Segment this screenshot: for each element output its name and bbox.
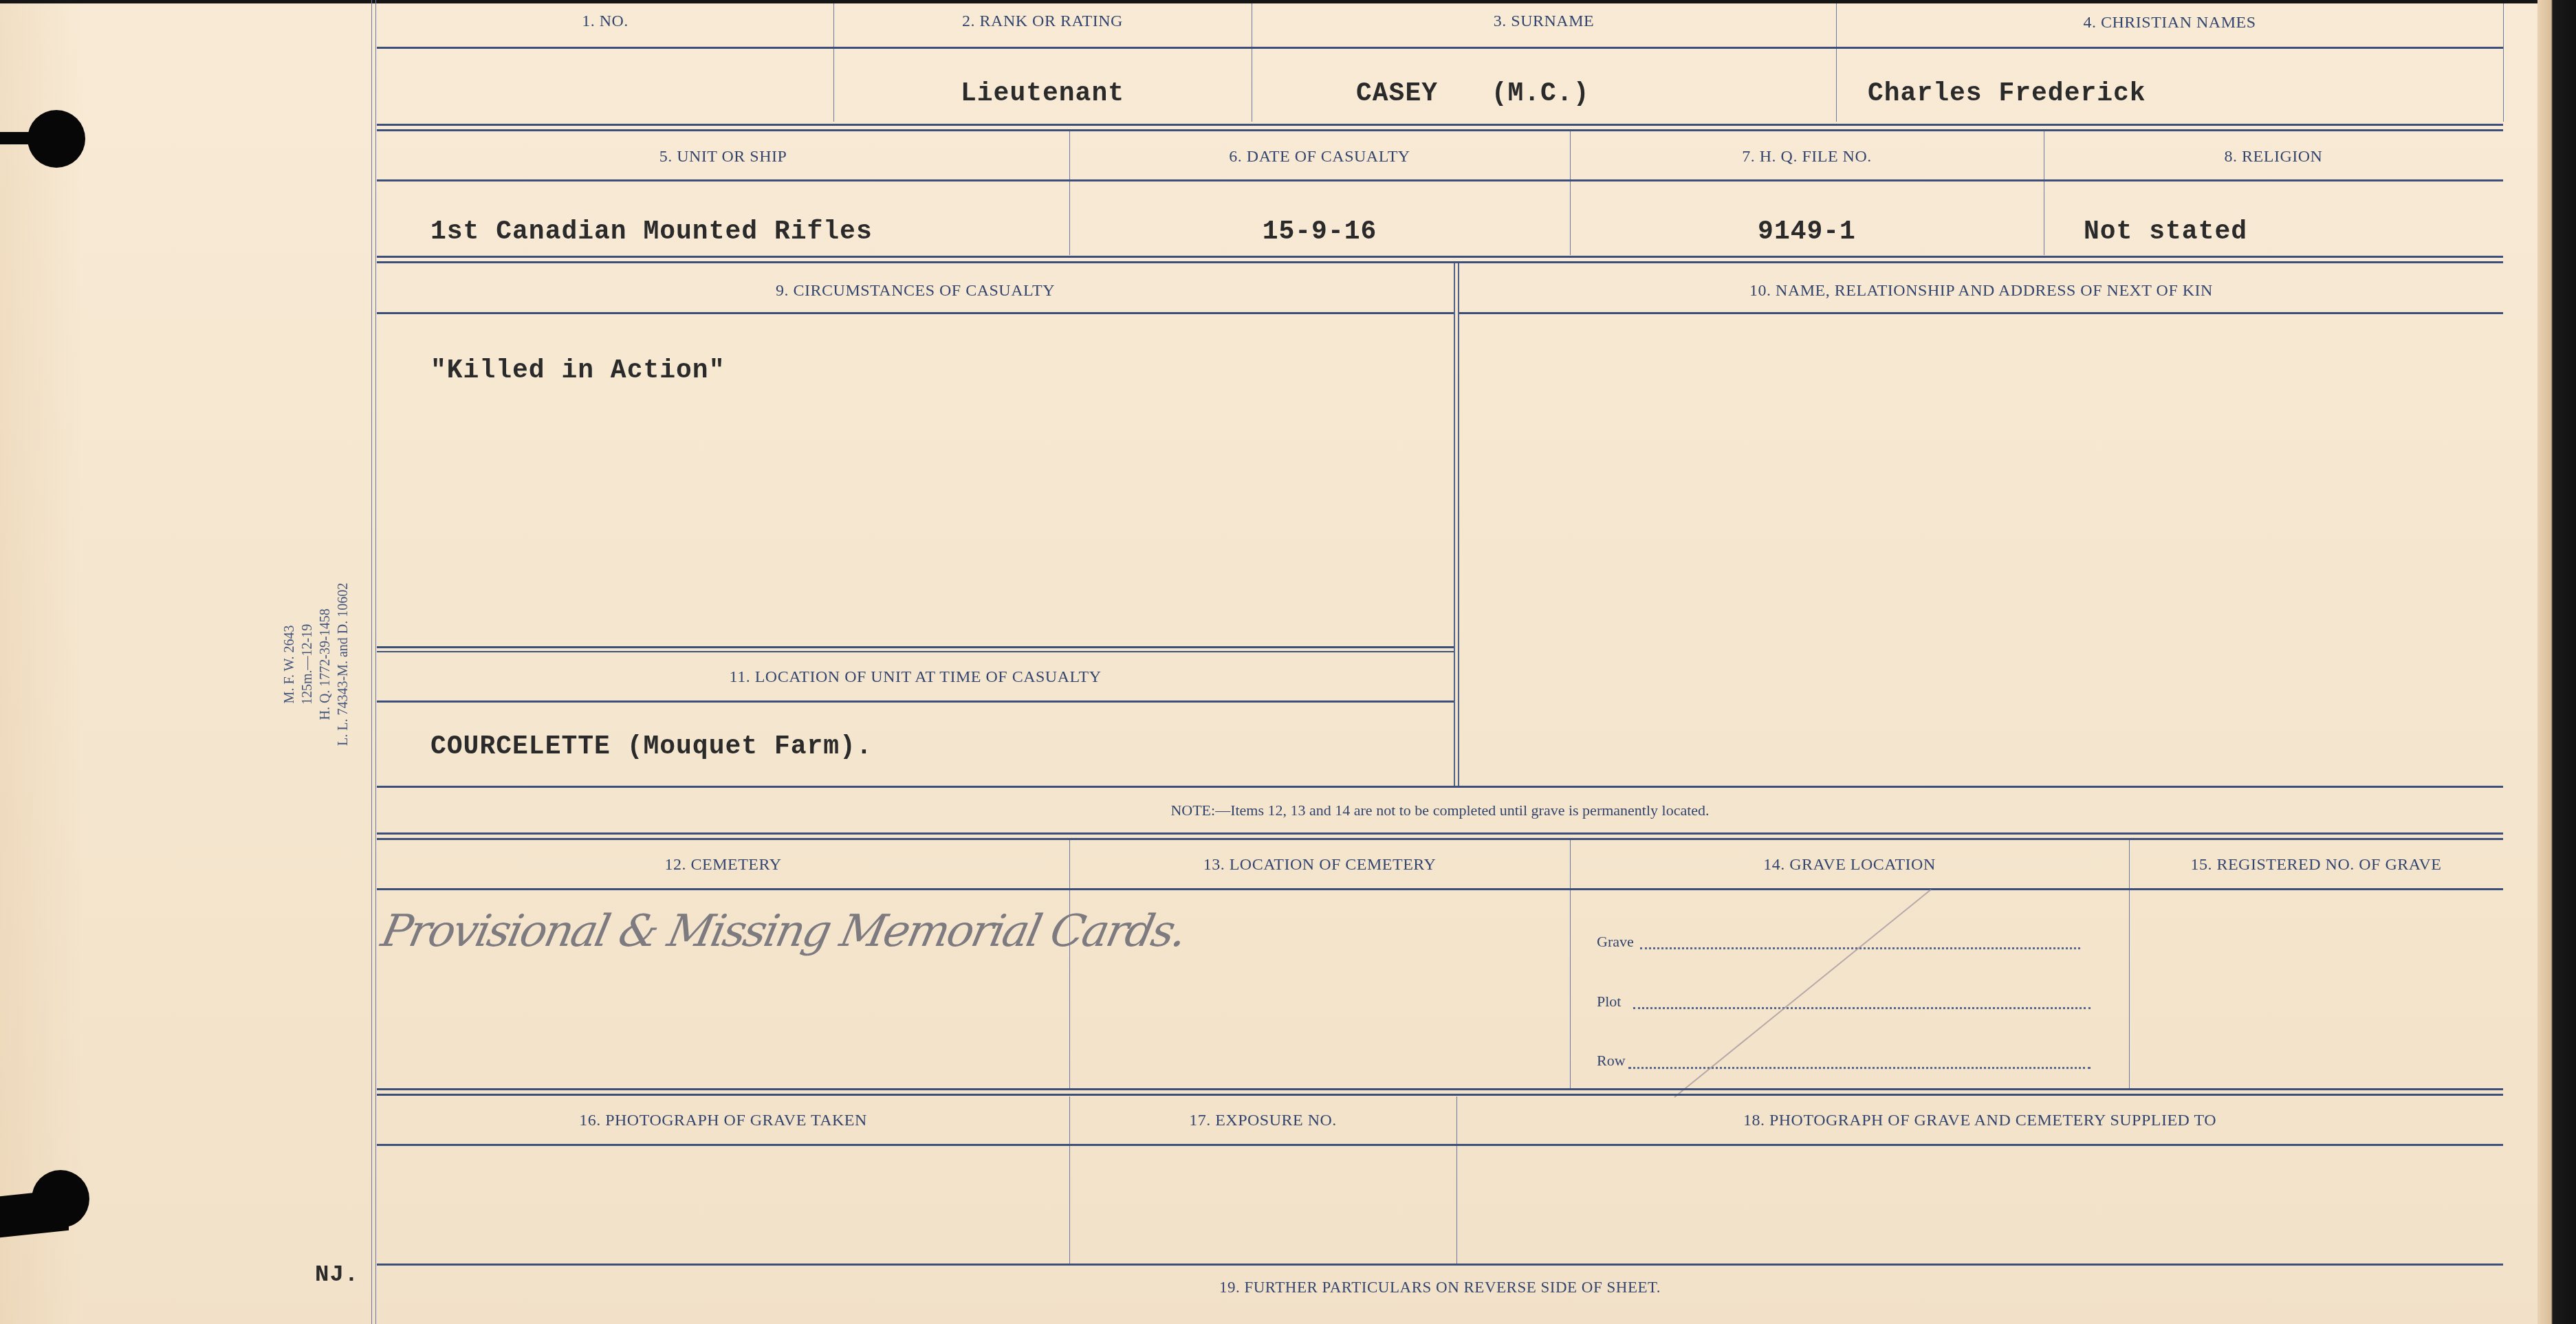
scan-right-edge [2537,0,2576,1324]
rule-r1-header [377,47,2503,49]
rule-r4-header [377,888,2503,890]
rule-r1-bottom-b [377,129,2503,131]
value-hq-file: 9149-1 [1570,217,2044,247]
label-photo-supplied-to: 18. PHOTOGRAPH OF GRAVE AND CEMETERY SUP… [1456,1112,2503,1130]
label-rank: 2. RANK OR RATING [833,12,1252,31]
divider-r3-a [1454,263,1455,786]
value-religion: Not stated [2084,217,2247,247]
divider-r4-3 [2129,840,2130,1089]
footer-further-particulars: 19. FURTHER PARTICULARS ON REVERSE SIDE … [377,1279,2503,1297]
punch-hole-top [28,110,85,168]
rule-r4-bottom-a [377,1088,2503,1090]
scan-top-edge [0,0,2576,3]
row-field-line[interactable] [1628,1067,2091,1069]
value-surname: CASEY (M.C.) [1356,79,1589,109]
label-grave-location: 14. GRAVE LOCATION [1570,856,2129,874]
surname-decoration: (M.C.) [1492,79,1590,109]
value-christian-names: Charles Frederick [1868,79,2146,109]
plot-field-label: Plot [1597,993,1621,1011]
imprint-line-2: 125m.—12-19 [298,583,316,746]
note-items-12-14: NOTE:—Items 12, 13 and 14 are not to be … [377,802,2503,819]
label-religion: 8. RELIGION [2044,148,2503,166]
value-rank: Lieutenant [833,79,1252,109]
label-no: 1. NO. [377,12,833,31]
rule-item11-top-a [377,646,1454,648]
grave-field-label: Grave [1597,933,1634,951]
plot-field-line[interactable] [1633,1007,2091,1009]
divider-r4-1 [1069,840,1070,1089]
divider-r3-b [1458,263,1459,786]
rule-note-bottom-b [377,838,2503,840]
value-location-of-unit: COURCELETTE (Mouquet Farm). [430,732,873,762]
rule-r4-bottom-b [377,1094,2503,1096]
label-surname: 3. SURNAME [1252,12,1836,31]
location-of-unit-text: COURCELETTE (Mouquet Farm). [430,732,873,762]
rule-r2-bottom-b [377,261,2503,263]
imprint-line-4: L. L. 74343-M. and D. 10602 [334,583,352,746]
rule-r2-header [377,179,2503,181]
value-cemetery-handwritten: Provisional & Missing Memorial Cards. [377,906,1190,957]
margin-line-inner [375,0,376,1324]
divider-r1-right [2503,3,2504,122]
label-next-of-kin: 10. NAME, RELATIONSHIP AND ADDRESS OF NE… [1459,282,2503,300]
imprint-line-1: M. F. W. 2643 [281,583,298,746]
divider-r4-2 [1570,840,1571,1089]
clerk-initials: NJ. [315,1262,359,1288]
margin-line-outer [371,0,372,1324]
rule-item11-top-b [377,651,1454,652]
surname-text: CASEY [1356,79,1438,109]
rule-r5-header [377,1144,2503,1146]
label-registered-no: 15. REGISTERED NO. OF GRAVE [2129,856,2503,874]
punch-hole-top-tear [0,132,34,144]
rule-item11-header [377,700,1454,703]
label-date: 6. DATE OF CASUALTY [1069,148,1570,166]
imprint-line-3: H. Q. 1772-39-1458 [316,583,334,746]
punch-hole-bottom-tear [0,1189,69,1238]
label-location-of-cemetery: 13. LOCATION OF CEMETERY [1069,856,1570,874]
label-exposure-no: 17. EXPOSURE NO. [1069,1112,1456,1130]
rule-r1-bottom-a [377,124,2503,126]
label-circumstances: 9. CIRCUMSTANCES OF CASUALTY [377,282,1454,300]
label-location-of-unit: 11. LOCATION OF UNIT AT TIME OF CASUALTY [377,668,1454,687]
rule-r3-header-right [1459,312,2503,314]
row-field-label: Row [1597,1052,1626,1070]
rule-note-bottom-a [377,832,2503,835]
label-photo-taken: 16. PHOTOGRAPH OF GRAVE TAKEN [377,1112,1069,1130]
value-date: 15-9-16 [1069,217,1570,247]
value-circumstances: "Killed in Action" [430,356,725,386]
rule-r5-bottom [377,1264,2503,1266]
label-unit: 5. UNIT OR SHIP [377,148,1069,166]
rule-r3-header-left [377,312,1454,314]
label-cemetery: 12. CEMETERY [377,856,1069,874]
rule-r3-bottom [377,786,2503,788]
label-christian-names: 4. CHRISTIAN NAMES [1836,14,2503,32]
rule-r2-bottom-a [377,256,2503,258]
label-hq-file: 7. H. Q. FILE NO. [1570,148,2044,166]
value-unit: 1st Canadian Mounted Rifles [430,217,873,247]
